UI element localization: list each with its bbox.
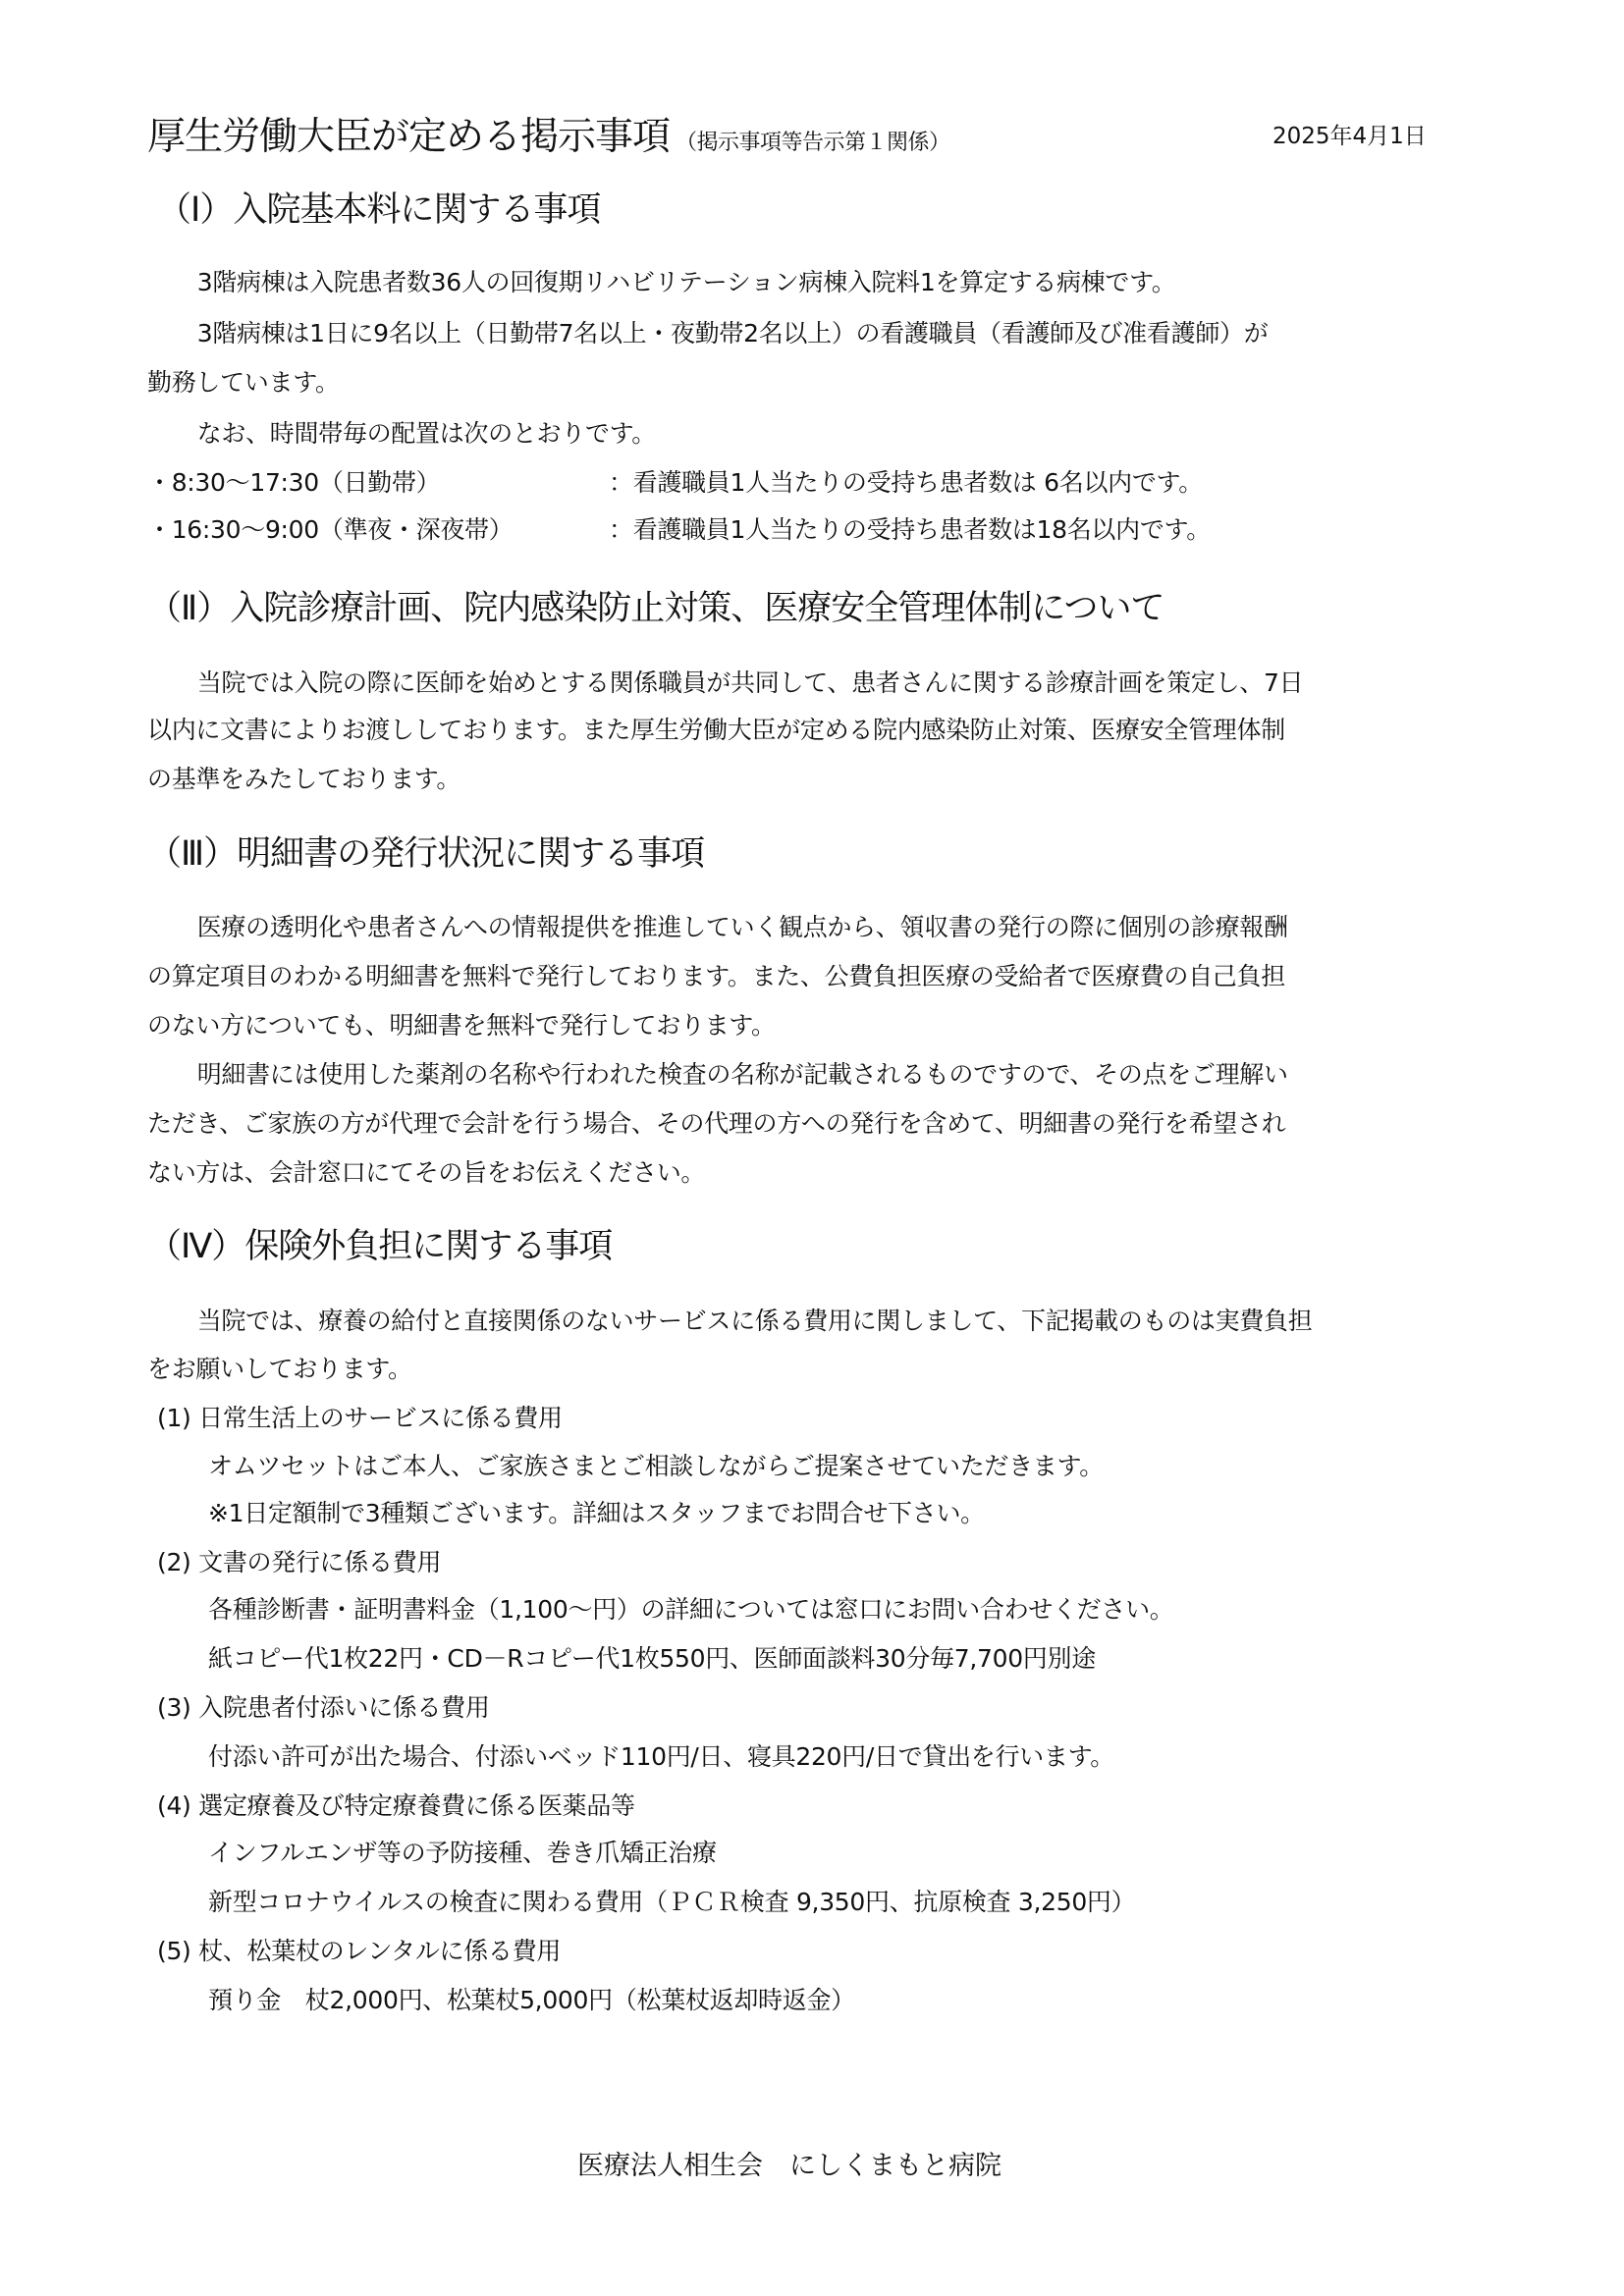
section-3-line: 医療の透明化や患者さんへの情報提供を推進していく観点から、領収書の発行の際に個別… bbox=[173, 908, 1288, 943]
section-1-line: 3階病棟は入院患者数36人の回復期リハビリテーション病棟入院料1を算定する病棟で… bbox=[173, 263, 1175, 298]
fee-item-detail: オムツセットはご本人、ご家族さまとご相談しながらご提案させていただきます。 bbox=[208, 1447, 1104, 1482]
page-subtitle: （掲示事項等告示第１関係） bbox=[676, 131, 950, 155]
staffing-night-time: ・16:30～9:00（準夜・深夜帯） bbox=[147, 510, 514, 546]
fee-item-detail: 各種診断書・証明書料金（1,100～円）の詳細については窓口にお問い合わせくださ… bbox=[208, 1590, 1173, 1626]
hospital-name: 医療法人相生会 にしくまもと病院 bbox=[577, 2144, 1001, 2182]
section-1-line: なお、時間帯毎の配置は次のとおりです。 bbox=[173, 414, 656, 450]
staffing-night-detail: ：看護職員1人当たりの受持ち患者数は18名以内です。 bbox=[609, 510, 1211, 546]
page-title: 厚生労働大臣が定める掲示事項（掲示事項等告示第１関係） bbox=[147, 106, 950, 161]
section-1-line: 3階病棟は1日に9名以上（日勤帯7名以上・夜勤帯2名以上）の看護職員（看護師及び… bbox=[173, 314, 1268, 349]
staffing-day-detail: ：看護職員1人当たりの受持ち患者数は 6名以内です。 bbox=[609, 463, 1203, 499]
fee-item-detail: インフルエンザ等の予防接種、巻き爪矯正治療 bbox=[208, 1834, 717, 1869]
section-heading-2: （Ⅱ）入院診療計画、院内感染防止対策、医療安全管理体制について bbox=[147, 581, 1164, 630]
fee-item-detail: 紙コピー代1枚22円・CD－Rコピー代1枚550円、医師面談料30分毎7,700… bbox=[208, 1639, 1096, 1675]
section-2-line: 以内に文書によりお渡ししております。また厚生労働大臣が定める院内感染防止対策、医… bbox=[147, 711, 1285, 746]
fee-item-label: (1) 日常生活上のサービスに係る費用 bbox=[157, 1399, 563, 1434]
section-2-line: の基準をみたしております。 bbox=[147, 760, 460, 795]
fee-item-detail: 新型コロナウイルスの検査に関わる費用（ＰＣＲ検査 9,350円、抗原検査 3,2… bbox=[208, 1883, 1135, 1918]
section-4-line: をお願いしております。 bbox=[147, 1350, 412, 1385]
title-text: 厚生労働大臣が定める掲示事項 bbox=[147, 115, 670, 159]
section-heading-4: （Ⅳ）保険外負担に関する事項 bbox=[147, 1219, 612, 1268]
section-3-line: ない方は、会計窓口にてその旨をお伝えください。 bbox=[147, 1153, 705, 1189]
section-3-line: の算定項目のわかる明細書を無料で発行しております。また、公費負担医療の受給者で医… bbox=[147, 957, 1285, 992]
section-heading-1: （Ⅰ）入院基本料に関する事項 bbox=[157, 183, 600, 232]
fee-item-detail: 付添い許可が出た場合、付添いベッド110円/日、寝具220円/日で貸出を行います… bbox=[208, 1737, 1114, 1773]
fee-item-label: (4) 選定療養及び特定療養費に係る医薬品等 bbox=[157, 1787, 635, 1822]
section-heading-3: （Ⅲ）明細書の発行状況に関する事項 bbox=[147, 827, 704, 876]
section-4-line: 当院では、療養の給付と直接関係のないサービスに係る費用に関しまして、下記掲載のも… bbox=[173, 1302, 1312, 1337]
section-2-line: 当院では入院の際に医師を始めとする関係職員が共同して、患者さんに関する診療計画を… bbox=[173, 664, 1303, 699]
staffing-day-time: ・8:30～17:30（日勤帯） bbox=[147, 463, 440, 499]
fee-item-label: (3) 入院患者付添いに係る費用 bbox=[157, 1688, 490, 1724]
section-3-line: ただき、ご家族の方が代理で会計を行う場合、その代理の方への発行を含めて、明細書の… bbox=[147, 1104, 1285, 1140]
fee-item-label: (2) 文書の発行に係る費用 bbox=[157, 1543, 441, 1578]
fee-item-detail: ※1日定額制で3種類ございます。詳細はスタッフまでお問合せ下さい。 bbox=[208, 1494, 985, 1529]
fee-item-label: (5) 杖、松葉杖のレンタルに係る費用 bbox=[157, 1932, 561, 1967]
fee-item-detail: 預り金 杖2,000円、松葉杖5,000円（松葉杖返却時返金） bbox=[208, 1981, 855, 2016]
section-1-line: 勤務しています。 bbox=[147, 363, 340, 399]
section-3-line: のない方についても、明細書を無料で発行しております。 bbox=[147, 1006, 776, 1041]
section-3-line: 明細書には使用した薬剤の名称や行われた検査の名称が記載されるものですので、その点… bbox=[173, 1055, 1288, 1091]
issue-date: 2025年4月1日 bbox=[1272, 118, 1427, 150]
